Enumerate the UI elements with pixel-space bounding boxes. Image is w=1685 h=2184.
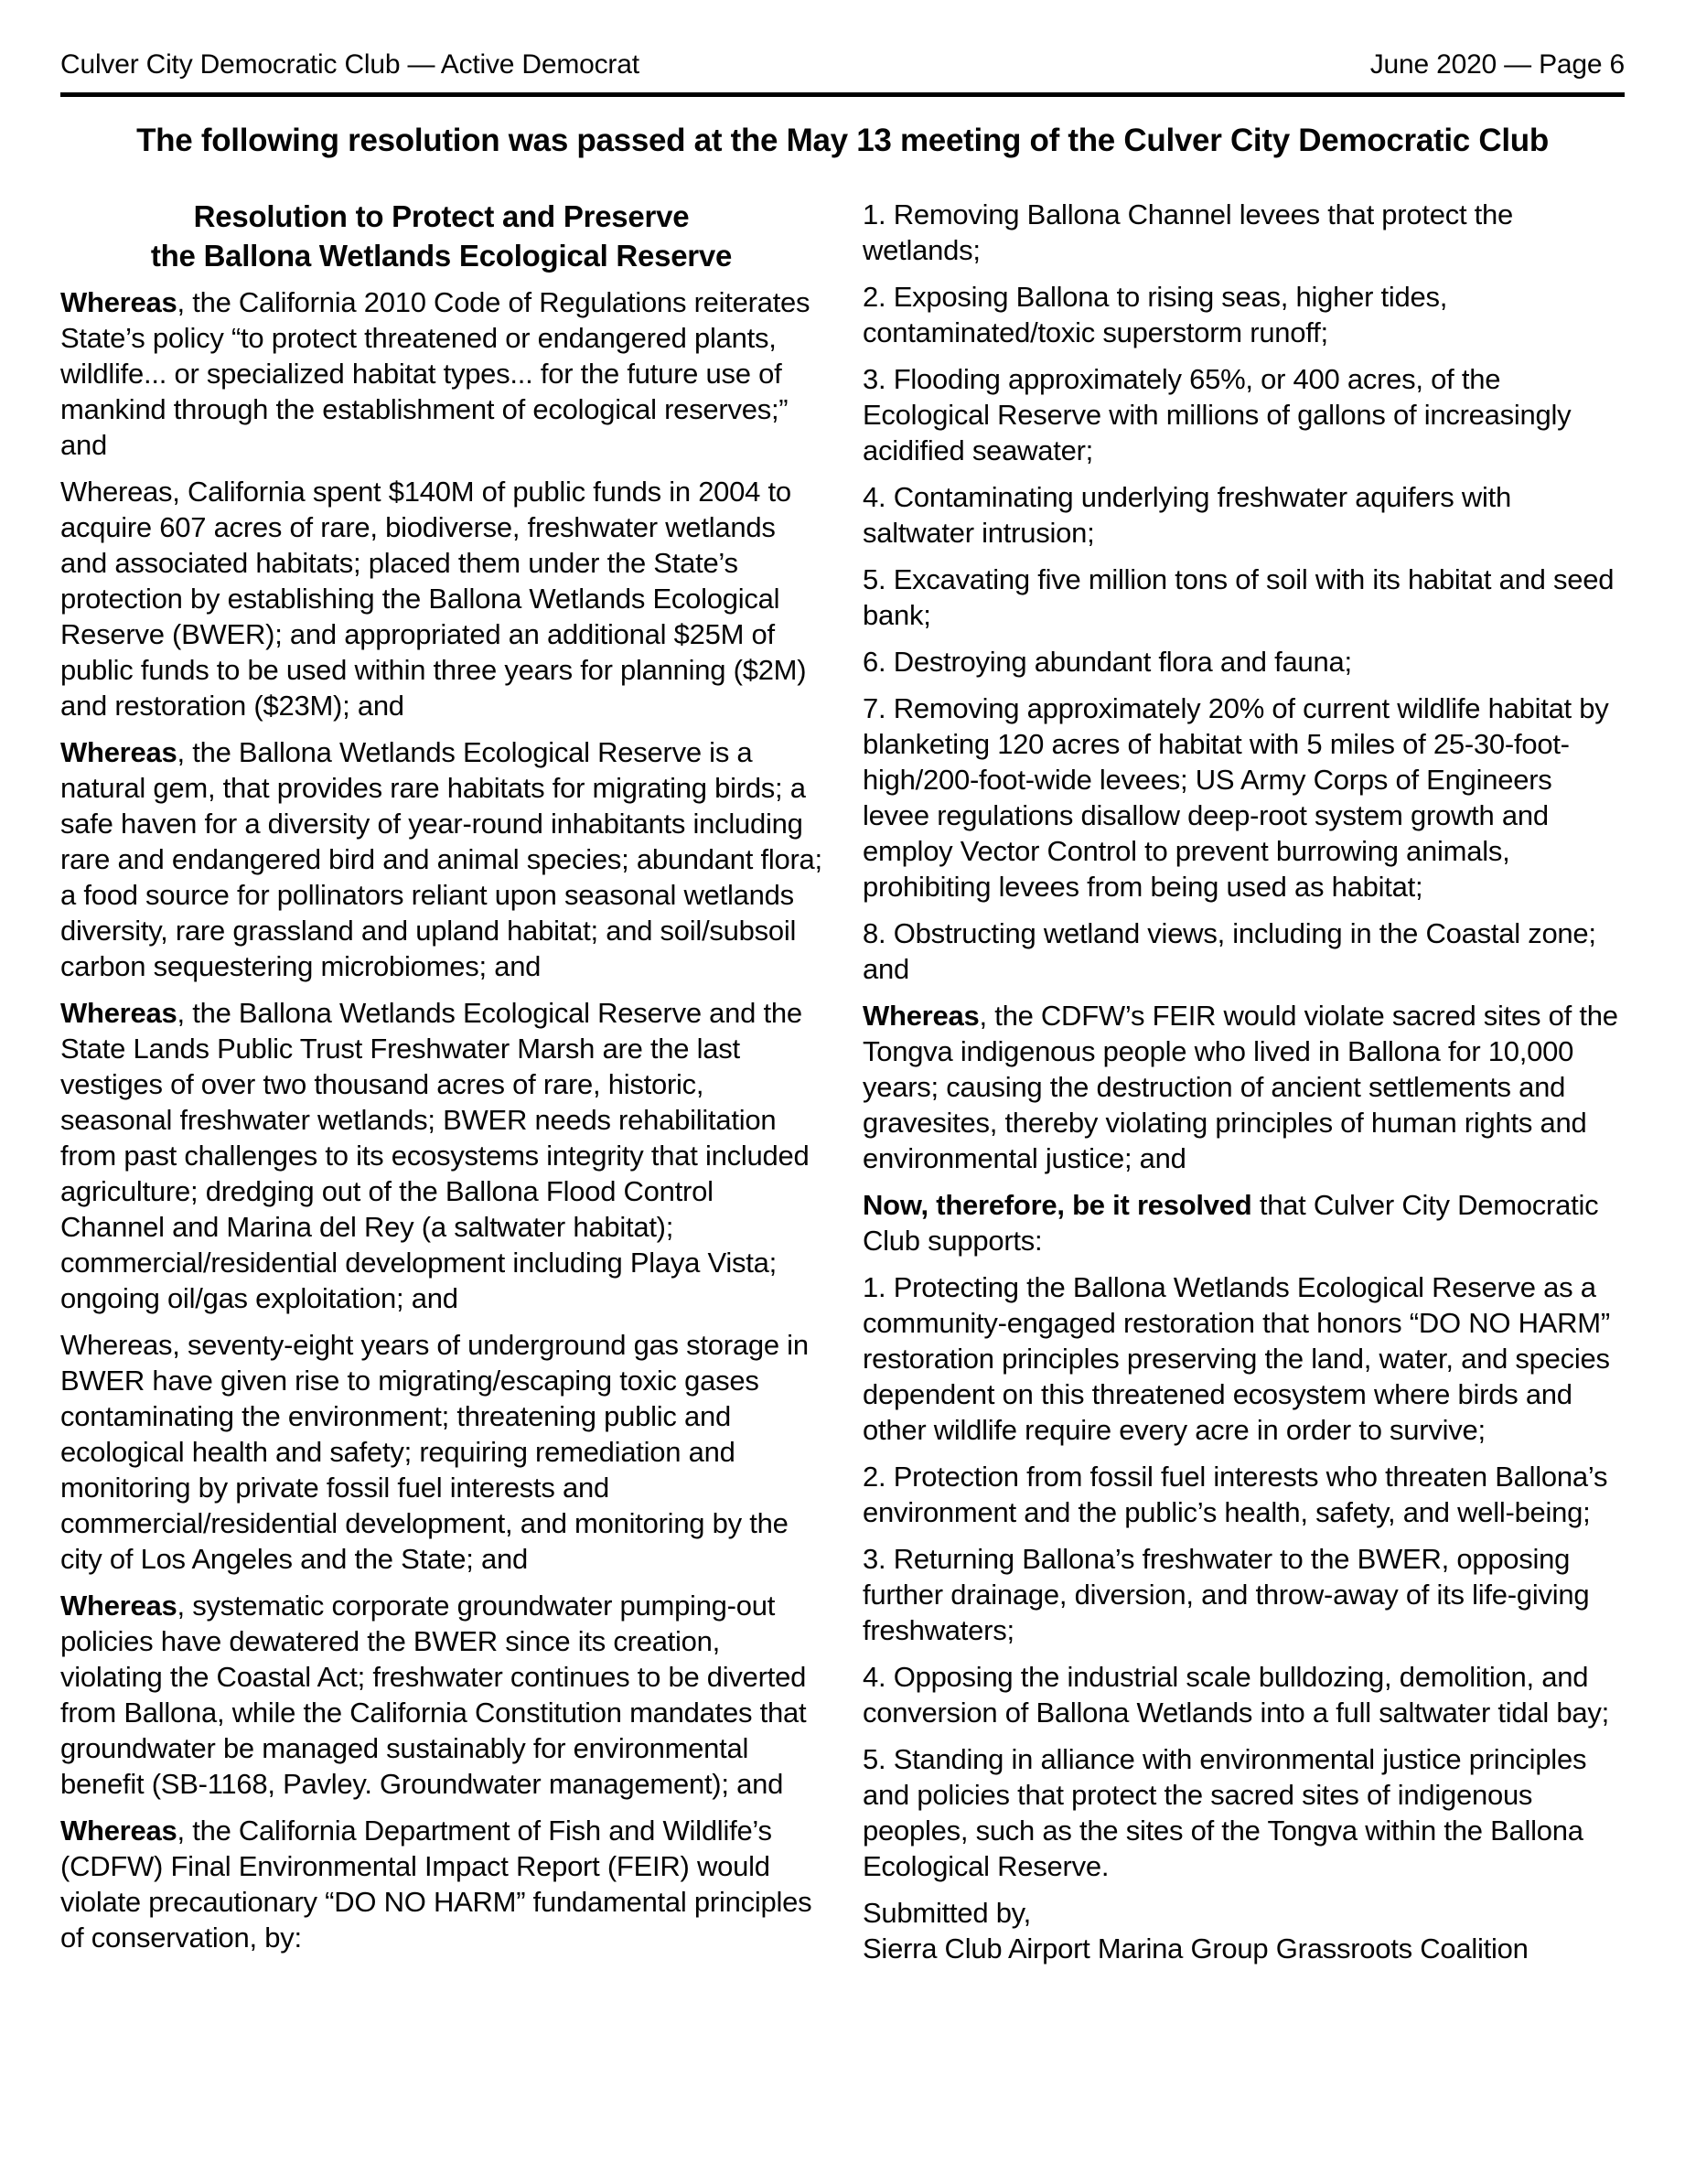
submitting-organization: Sierra Club Airport Marina Group Grassro… (863, 1932, 1529, 1965)
paragraph-text: 3. Flooding approximately 65%, or 400 ac… (863, 363, 1571, 466)
resolution-title-line-2: the Ballona Wetlands Ecological Reserve (60, 236, 822, 275)
masthead-issue-page: June 2020 — Page 6 (1370, 49, 1625, 80)
paragraph-text: 5. Standing in alliance with environment… (863, 1743, 1586, 1882)
newsletter-page: Culver City Democratic Club — Active Dem… (0, 0, 1685, 2184)
paragraph-text: 5. Excavating five million tons of soil … (863, 563, 1614, 631)
paragraph-text: 6. Destroying abundant flora and fauna; (863, 646, 1352, 678)
whereas-lead: Whereas (60, 736, 177, 768)
paragraph-text: , the Ballona Wetlands Ecological Reserv… (60, 997, 809, 1314)
resolution-announcement-headline: The following resolution was passed at t… (60, 122, 1625, 160)
paragraph-text: , the Ballona Wetlands Ecological Reserv… (60, 736, 822, 982)
whereas-paragraph: Whereas, seventy-eight years of undergro… (60, 1327, 822, 1577)
whereas-paragraph: Whereas, the Ballona Wetlands Ecological… (60, 734, 822, 984)
numbered-item: 2. Protection from fossil fuel interests… (863, 1459, 1625, 1530)
numbered-item: 1. Removing Ballona Channel levees that … (863, 197, 1625, 268)
right-column: 1. Removing Ballona Channel levees that … (863, 197, 1625, 1977)
masthead-publication-title: Culver City Democratic Club — Active Dem… (60, 49, 639, 80)
paragraph-text: 4. Opposing the industrial scale bulldoz… (863, 1661, 1609, 1729)
whereas-lead: Whereas (60, 286, 177, 318)
whereas-paragraph: Whereas, California spent $140M of publi… (60, 474, 822, 723)
whereas-paragraph: Whereas, the CDFW’s FEIR would violate s… (863, 998, 1625, 1176)
paragraph-text: 2. Protection from fossil fuel interests… (863, 1461, 1607, 1528)
numbered-item: 5. Excavating five million tons of soil … (863, 562, 1625, 633)
numbered-item: 6. Destroying abundant flora and fauna; (863, 644, 1625, 680)
whereas-paragraph: Whereas, the Ballona Wetlands Ecological… (60, 995, 822, 1316)
paragraph-text: 7. Removing approximately 20% of current… (863, 692, 1609, 903)
paragraph-text: 2. Exposing Ballona to rising seas, high… (863, 281, 1447, 348)
whereas-lead: Whereas (60, 1590, 177, 1622)
numbered-item: 3. Flooding approximately 65%, or 400 ac… (863, 361, 1625, 468)
numbered-item: 8. Obstructing wetland views, including … (863, 915, 1625, 987)
paragraph-text: Whereas, seventy-eight years of undergro… (60, 1329, 809, 1575)
paragraph-text: 1. Protecting the Ballona Wetlands Ecolo… (863, 1271, 1610, 1446)
numbered-item: 4. Opposing the industrial scale bulldoz… (863, 1659, 1625, 1730)
paragraph-text: 8. Obstructing wetland views, including … (863, 917, 1596, 985)
whereas-paragraph: Whereas, systematic corporate groundwate… (60, 1588, 822, 1802)
masthead: Culver City Democratic Club — Active Dem… (60, 49, 1625, 97)
resolved-lead: Now, therefore, be it resolved (863, 1189, 1251, 1221)
whereas-lead: Whereas (863, 1000, 979, 1032)
submitted-by-label: Submitted by, (863, 1897, 1031, 1929)
numbered-item: 2. Exposing Ballona to rising seas, high… (863, 279, 1625, 350)
whereas-paragraph: Whereas, the California Department of Fi… (60, 1813, 822, 1955)
paragraph-text: 4. Contaminating underlying freshwater a… (863, 481, 1511, 549)
resolution-title: Resolution to Protect and Preserve the B… (60, 197, 822, 275)
whereas-lead: Whereas (60, 997, 177, 1029)
resolution-title-line-1: Resolution to Protect and Preserve (60, 197, 822, 236)
whereas-paragraph: Whereas, the California 2010 Code of Reg… (60, 284, 822, 463)
numbered-item: 3. Returning Ballona’s freshwater to the… (863, 1541, 1625, 1648)
resolved-paragraph: Now, therefore, be it resolved that Culv… (863, 1187, 1625, 1258)
two-column-body: Resolution to Protect and Preserve the B… (60, 197, 1625, 1977)
paragraph-text: 3. Returning Ballona’s freshwater to the… (863, 1543, 1589, 1646)
left-column: Resolution to Protect and Preserve the B… (60, 197, 822, 1977)
numbered-item: 5. Standing in alliance with environment… (863, 1741, 1625, 1884)
paragraph-text: Whereas, California spent $140M of publi… (60, 476, 806, 722)
paragraph-text: 1. Removing Ballona Channel levees that … (863, 198, 1513, 266)
whereas-lead: Whereas (60, 1815, 177, 1847)
submitted-by-block: Submitted by,Sierra Club Airport Marina … (863, 1895, 1625, 1966)
numbered-item: 1. Protecting the Ballona Wetlands Ecolo… (863, 1269, 1625, 1448)
numbered-item: 7. Removing approximately 20% of current… (863, 691, 1625, 905)
numbered-item: 4. Contaminating underlying freshwater a… (863, 479, 1625, 551)
